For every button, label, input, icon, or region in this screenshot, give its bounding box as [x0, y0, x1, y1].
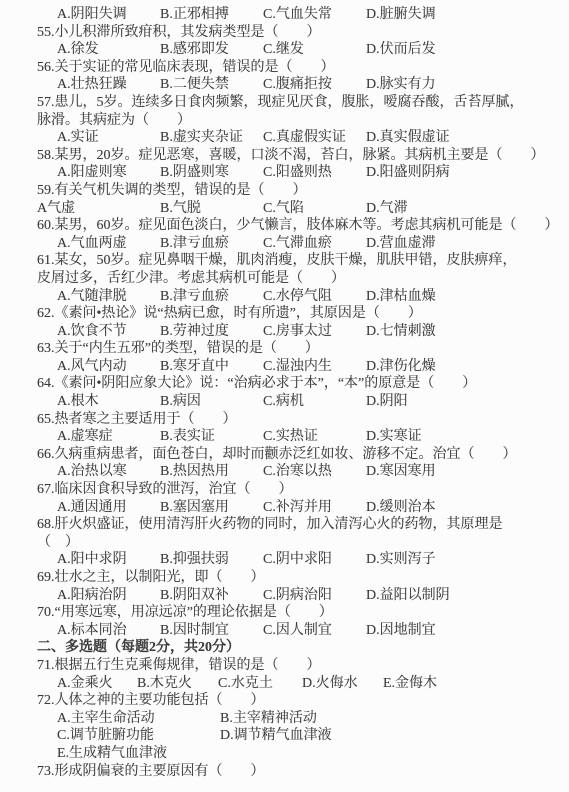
option-d: D.阳盛则阴病 [366, 164, 450, 182]
option-d: D.真实假虚证 [366, 129, 450, 147]
option-c: C.病机 [263, 393, 304, 411]
option-d: D.脏腑失调 [366, 6, 436, 24]
q58-options: A.阳虚则寒B.阴盛则寒C.阳盛则热D.阳盛则阴病 [37, 164, 565, 182]
option-a: A.徐发 [57, 41, 99, 59]
q64-options: A.根木B.病因C.病机D.阴阳 [37, 393, 565, 411]
option-a: A.虚寒症 [57, 428, 113, 446]
q58-stem: 58.某男，20岁。症见恶寒，喜暖，口淡不渴，苔白，脉紧。其病机主要是（ ） [37, 147, 565, 165]
q65-options: A.虚寒症B.表实证C.实热证D.实寒证 [37, 428, 565, 446]
option-c: C.实热证 [263, 428, 318, 446]
q67-stem: 67.临床因食积导致的泄泻，治宜（ ） [37, 481, 565, 499]
option-a: A.气随津脱 [57, 288, 127, 306]
q57-stem-line2: 脉滑。其病症为（ ） [37, 112, 565, 130]
option-d: D.调节精气血津液 [220, 727, 332, 745]
option-b: B.阴阳双补 [160, 587, 229, 605]
q59-stem: 59.有关气机失调的类型，错误的是（ ） [37, 182, 565, 200]
question-stem-text: 56.关于实证的常见临床表现，错误的是（ ） [37, 59, 335, 77]
q68-stem-line2: （ ） [37, 534, 565, 552]
q66-options: A.治热以寒B.热因热用C.治寒以热D.寒因寒用 [37, 463, 565, 481]
question-stem-text: 皮屑过多，舌红少津。考虑其病机可能是（ ） [37, 270, 345, 288]
option-a: A.金乘火 [57, 675, 113, 693]
option-b: B.热因热用 [160, 463, 229, 481]
q61-options: A.气随津脱B.津亏血瘀C.水停气阻D.津枯血燥 [37, 288, 565, 306]
option-b: B.感邪即发 [160, 41, 229, 59]
q62-options: A.饮食不节B.劳神过度C.房事太过D.七情刺激 [37, 323, 565, 341]
option-a: A.通因通用 [57, 499, 127, 517]
option-a: A.根木 [57, 393, 99, 411]
option-b: B.气脱 [160, 200, 201, 218]
option-a: A.气血两虚 [57, 235, 127, 253]
q55-options: A.徐发B.感邪即发C.继发D.伏而后发 [37, 41, 565, 59]
question-stem-text: 67.临床因食积导致的泄泻，治宜（ ） [37, 481, 293, 499]
option-a: A.主宰生命活动 [57, 710, 155, 728]
q60-options: A.气血两虚B.津亏血瘀C.气滞血瘀D.营血虚滞 [37, 235, 565, 253]
option-a: A.风气内动 [57, 358, 127, 376]
q60-stem: 60.某男，60岁。症见面色淡白，少气懒言，肢体麻木等。考虑其病机可能是（ ） [37, 217, 565, 235]
question-stem-text: 64.《素问•阴阳应象大论》说：“治病必求于本”，“本”的原意是（ ） [37, 375, 476, 393]
q70-options: A.标本同治B.因时制宜C.因人制宜D.因地制宜 [37, 622, 565, 640]
q54-options: A.阴阳失调B.正邪相搏C.气血失常D.脏腑失调 [37, 6, 565, 24]
question-stem-text: 58.某男，20岁。症见恶寒，喜暖，口淡不渴，苔白，脉紧。其病机主要是（ ） [37, 147, 545, 165]
option-e: E.金侮木 [383, 675, 437, 693]
option-c: C.治寒以热 [263, 463, 332, 481]
section-2-header: 二、多选题（每题2分，共20分） [37, 639, 565, 657]
option-a: A.阳虚则寒 [57, 164, 127, 182]
option-b: B.表实证 [160, 428, 215, 446]
option-b: B.因时制宜 [160, 622, 229, 640]
option-b: B.津亏血瘀 [160, 288, 229, 306]
q68-stem-line1: 68.肝火炽盛证，使用清泻肝火药物的同时，加入清泻心火的药物，其原理是 [37, 516, 565, 534]
option-a: A.治热以寒 [57, 463, 127, 481]
option-b: B.虚实夹杂证 [160, 129, 243, 147]
option-b: B.津亏血瘀 [160, 235, 229, 253]
option-b: B.阴盛则寒 [160, 164, 229, 182]
q57-stem-line1: 57.患儿，5岁。连续多日食肉频繁，现症见厌食，腹胀，嗳腐吞酸，舌苔厚腻， [37, 94, 565, 112]
option-c: C.气血失常 [263, 6, 332, 24]
question-stem-text: 脉滑。其病症为（ ） [37, 112, 191, 130]
option-d: D.寒因寒用 [366, 463, 436, 481]
option-a: A.实证 [57, 129, 99, 147]
option-a: A.标本同治 [57, 622, 127, 640]
option-d: D.因地制宜 [366, 622, 436, 640]
exam-paper-page: A.阴阳失调B.正邪相搏C.气血失常D.脏腑失调55.小儿积滞所致疳积，其发病类… [0, 0, 569, 792]
option-b: B.寒牙直中 [160, 358, 229, 376]
q55-stem: 55.小儿积滞所致疳积，其发病类型是（ ） [37, 24, 565, 42]
option-d: D.缓则治本 [366, 499, 436, 517]
option-d: D.津伤化燥 [366, 358, 436, 376]
option-d: D.脉实有力 [366, 76, 436, 94]
q67-options: A.通因通用B.塞因塞用C.补泻并用D.缓则治本 [37, 499, 565, 517]
question-stem-text: 68.肝火炽盛证，使用清泻肝火药物的同时，加入清泻心火的药物，其原理是 [37, 516, 503, 534]
option-d: D.气滞 [366, 200, 408, 218]
question-stem-text: 66.久病重病患者，面色苍白，却时而颧赤泛红如妆、游移不定。治宜（ ） [37, 446, 517, 464]
option-d: D.实寒证 [366, 428, 422, 446]
q64-stem: 64.《素问•阴阳应象大论》说：“治病必求于本”，“本”的原意是（ ） [37, 375, 565, 393]
option-d: D.益阳以制阴 [366, 587, 450, 605]
question-stem-text: 55.小儿积滞所致疳积，其发病类型是（ ） [37, 24, 321, 42]
question-stem-text: 69.壮水之主，以制阳光，即（ ） [37, 569, 265, 587]
option-c: C.阴病治阳 [263, 587, 332, 605]
question-stem-text: 70.“用寒远寒，用凉远凉”的理论依据是（ ） [37, 604, 333, 622]
option-b: B.塞因塞用 [160, 499, 229, 517]
option-b: B.木克火 [137, 675, 192, 693]
q72-stem: 72.人体之神的主要功能包括（ ） [37, 692, 565, 710]
option-c: C.继发 [263, 41, 304, 59]
option-d: D.七情刺激 [366, 323, 436, 341]
option-d: D.津枯血燥 [366, 288, 436, 306]
option-b: B.劳神过度 [160, 323, 229, 341]
question-stem-text: 72.人体之神的主要功能包括（ ） [37, 692, 265, 710]
question-stem-text: 61.某女，50岁。症见鼻咽干燥，肌肉消瘦，皮肤干燥，肌肤甲错，皮肤痹痒， [37, 252, 517, 270]
option-c: C.因人制宜 [263, 622, 332, 640]
option-d: D.实则泻子 [366, 551, 436, 569]
option-b: B.主宰精神活动 [220, 710, 317, 728]
q66-stem: 66.久病重病患者，面色苍白，却时而颧赤泛红如妆、游移不定。治宜（ ） [37, 446, 565, 464]
q65-stem: 65.热者寒之主要适用于（ ） [37, 411, 565, 429]
question-stem-text: 65.热者寒之主要适用于（ ） [37, 411, 237, 429]
option-b: B.二便失禁 [160, 76, 229, 94]
question-stem-text: 59.有关气机失调的类型，错误的是（ ） [37, 182, 307, 200]
option-a: A气虚 [37, 200, 75, 218]
question-stem-text: 71.根据五行生克乘侮规律，错误的是（ ） [37, 657, 321, 675]
question-stem-text: 57.患儿，5岁。连续多日食肉频繁，现症见厌食，腹胀，嗳腐吞酸，舌苔厚腻， [37, 94, 524, 112]
option-a: A.阳中求阴 [57, 551, 127, 569]
option-b: B.抑强扶弱 [160, 551, 229, 569]
q63-options: A.风气内动B.寒牙直中C.湿浊内生D.津伤化燥 [37, 358, 565, 376]
question-stem-text: 73.形成阴偏衰的主要原因有（ ） [37, 763, 265, 781]
q72-options-row2: C.调节脏腑功能D.调节精气血津液 [37, 727, 565, 745]
option-a: A.阴阳失调 [57, 6, 127, 24]
q59-options: A气虚B.气脱C.气陷D.气滞 [37, 200, 565, 218]
q61-stem-line2: 皮屑过多，舌红少津。考虑其病机可能是（ ） [37, 270, 565, 288]
question-stem-text: 63.关于“内生五邪”的类型，错误的是（ ） [37, 340, 319, 358]
question-list: A.阴阳失调B.正邪相搏C.气血失常D.脏腑失调55.小儿积滞所致疳积，其发病类… [37, 6, 565, 780]
question-stem-text: 62.《素问•热论》说“热病已愈，时有所遗”，其原因是（ ） [37, 305, 422, 323]
option-a: A.阳病治阴 [57, 587, 127, 605]
option-a: A.饮食不节 [57, 323, 127, 341]
q69-stem: 69.壮水之主，以制阳光，即（ ） [37, 569, 565, 587]
option-a: A.壮热狂躁 [57, 76, 127, 94]
option-d: D.营血虚滞 [366, 235, 436, 253]
option-d: D.阴阳 [366, 393, 408, 411]
option-c: C.腹痛拒按 [263, 76, 332, 94]
q69-options: A.阳病治阴B.阴阳双补C.阴病治阳D.益阳以制阴 [37, 587, 565, 605]
option-c: C.房事太过 [263, 323, 332, 341]
question-stem-text: （ ） [37, 534, 79, 552]
option-e: E.生成精气血津液 [57, 745, 167, 763]
q72-options-row1: A.主宰生命活动B.主宰精神活动 [37, 710, 565, 728]
q56-stem: 56.关于实证的常见临床表现，错误的是（ ） [37, 59, 565, 77]
option-c: C.湿浊内生 [263, 358, 332, 376]
option-c: C.调节脏腑功能 [57, 727, 154, 745]
option-c: C.气滞血瘀 [263, 235, 332, 253]
q70-stem: 70.“用寒远寒，用凉远凉”的理论依据是（ ） [37, 604, 565, 622]
q73-stem: 73.形成阴偏衰的主要原因有（ ） [37, 763, 565, 781]
option-c: C.补泻并用 [263, 499, 332, 517]
section-header-text: 二、多选题（每题2分，共20分） [37, 639, 240, 657]
q71-stem: 71.根据五行生克乘侮规律，错误的是（ ） [37, 657, 565, 675]
q57-options: A.实证B.虚实夹杂证C.真虚假实证D.真实假虚证 [37, 129, 565, 147]
q63-stem: 63.关于“内生五邪”的类型，错误的是（ ） [37, 340, 565, 358]
option-c: C.水停气阻 [263, 288, 332, 306]
q71-options: A.金乘火B.木克火C.水克土D.火侮水E.金侮木 [37, 675, 565, 693]
q72-options-row3: E.生成精气血津液 [37, 745, 565, 763]
question-stem-text: 60.某男，60岁。症见面色淡白，少气懒言，肢体麻木等。考虑其病机可能是（ ） [37, 217, 559, 235]
option-c: C.阳盛则热 [263, 164, 332, 182]
option-d: D.伏而后发 [366, 41, 436, 59]
option-c: C.水克土 [218, 675, 273, 693]
option-c: C.阴中求阳 [263, 551, 332, 569]
q62-stem: 62.《素问•热论》说“热病已愈，时有所遗”，其原因是（ ） [37, 305, 565, 323]
q56-options: A.壮热狂躁B.二便失禁C.腹痛拒按D.脉实有力 [37, 76, 565, 94]
q68-options: A.阳中求阴B.抑强扶弱C.阴中求阳D.实则泻子 [37, 551, 565, 569]
q61-stem-line1: 61.某女，50岁。症见鼻咽干燥，肌肉消瘦，皮肤干燥，肌肤甲错，皮肤痹痒， [37, 252, 565, 270]
option-b: B.病因 [160, 393, 201, 411]
option-c: C.真虚假实证 [263, 129, 346, 147]
option-d: D.火侮水 [302, 675, 358, 693]
option-c: C.气陷 [263, 200, 304, 218]
option-b: B.正邪相搏 [160, 6, 229, 24]
